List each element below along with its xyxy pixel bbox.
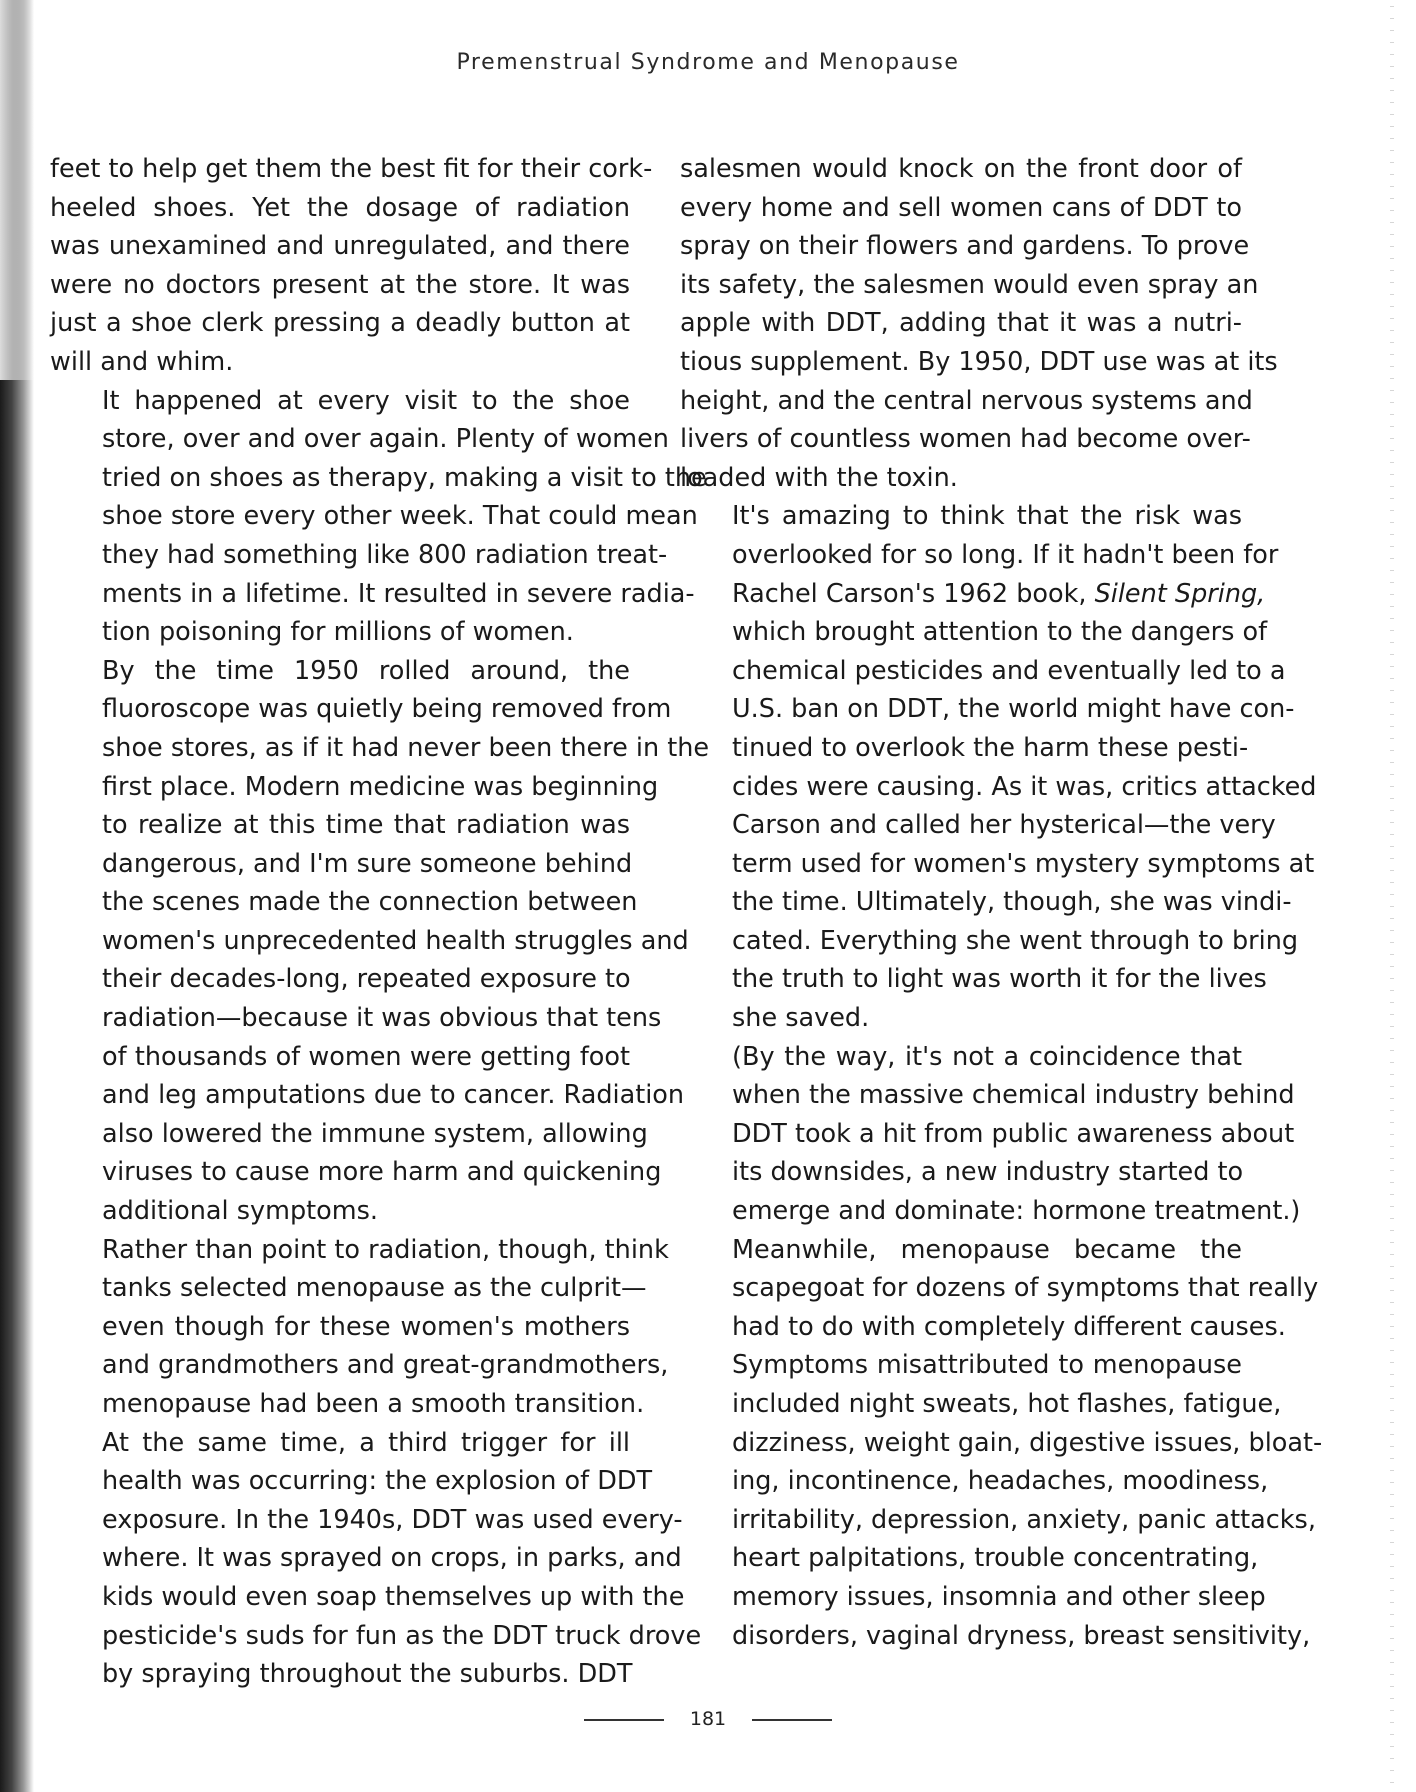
text-line: irritability, depression, anxiety, panic… — [680, 1501, 1242, 1540]
text-line: included night sweats, hot flashes, fati… — [680, 1385, 1242, 1424]
page-number: 181 — [690, 1708, 726, 1730]
text-line: store, over and over again. Plenty of wo… — [50, 420, 630, 459]
text-line: tried on shoes as therapy, making a visi… — [50, 459, 630, 498]
text-line: where. It was sprayed on crops, in parks… — [50, 1539, 630, 1578]
text-line: the truth to light was worth it for the … — [680, 960, 1242, 999]
footer-rule-left — [584, 1719, 664, 1721]
right-column: salesmen would knock on the front door o… — [680, 150, 1242, 1655]
paragraph: It's amazing to think that the risk was … — [680, 497, 1242, 1037]
text-line: will and whim. — [50, 343, 630, 382]
text-line: DDT took a hit from public awareness abo… — [680, 1115, 1242, 1154]
text-line: their decades-long, repeated exposure to — [50, 960, 630, 999]
text-line: tion poisoning for millions of women. — [50, 613, 630, 652]
text-line: menopause had been a smooth transition. — [50, 1385, 630, 1424]
paragraph: feet to help get them the best fit for t… — [50, 150, 630, 382]
text-line: women's unprecedented health struggles a… — [50, 922, 630, 961]
text-line: exposure. In the 1940s, DDT was used eve… — [50, 1501, 630, 1540]
text-line: kids would even soap themselves up with … — [50, 1578, 630, 1617]
text-line: she saved. — [680, 999, 1242, 1038]
text-line: had to do with completely different caus… — [680, 1308, 1242, 1347]
text-line: Meanwhile, menopause became the — [680, 1231, 1242, 1270]
text-line: shoe store every other week. That could … — [50, 497, 630, 536]
text-line: to realize at this time that radiation w… — [50, 806, 630, 845]
text-line: viruses to cause more harm and quickenin… — [50, 1153, 630, 1192]
text-line: disorders, vaginal dryness, breast sensi… — [680, 1617, 1242, 1656]
text-line: spray on their flowers and gardens. To p… — [680, 227, 1242, 266]
text-line: tanks selected menopause as the culprit— — [50, 1269, 630, 1308]
text-line: the time. Ultimately, though, she was vi… — [680, 883, 1242, 922]
text-line: ments in a lifetime. It resulted in seve… — [50, 575, 630, 614]
text-line: was unexamined and unregulated, and ther… — [50, 227, 630, 266]
text-line: dangerous, and I'm sure someone behind — [50, 845, 630, 884]
text-line: emerge and dominate: hormone treatment.) — [680, 1192, 1242, 1231]
text-line: the scenes made the connection between — [50, 883, 630, 922]
text-line: every home and sell women cans of DDT to — [680, 189, 1242, 228]
paragraph: (By the way, it's not a coincidence that… — [680, 1038, 1242, 1231]
paragraph: salesmen would knock on the front door o… — [680, 150, 1242, 497]
text-line: It's amazing to think that the risk was — [680, 497, 1242, 536]
text-line: Carson and called her hysterical—the ver… — [680, 806, 1242, 845]
text-line: memory issues, insomnia and other sleep — [680, 1578, 1242, 1617]
running-head: Premenstrual Syndrome and Menopause — [0, 50, 1416, 75]
text-line: just a shoe clerk pressing a deadly butt… — [50, 304, 630, 343]
text-line: heart palpitations, trouble concentratin… — [680, 1539, 1242, 1578]
text-line: and grandmothers and great-grandmothers, — [50, 1346, 630, 1385]
paragraph: Meanwhile, menopause became the scapegoa… — [680, 1231, 1242, 1656]
text-line: Rachel Carson's 1962 book, Silent Spring… — [680, 575, 1242, 614]
text-line: tinued to overlook the harm these pesti- — [680, 729, 1242, 768]
text-line: its safety, the salesmen would even spra… — [680, 266, 1242, 305]
footer-rule-right — [752, 1719, 832, 1721]
text-line: when the massive chemical industry behin… — [680, 1076, 1242, 1115]
text-line: It happened at every visit to the shoe — [50, 382, 630, 421]
text-line: were no doctors present at the store. It… — [50, 266, 630, 305]
text-line: also lowered the immune system, allowing — [50, 1115, 630, 1154]
text-line: by spraying throughout the suburbs. DDT — [50, 1655, 630, 1694]
text-line: Symptoms misattributed to menopause — [680, 1346, 1242, 1385]
text-line: scapegoat for dozens of symptoms that re… — [680, 1269, 1242, 1308]
text-line: (By the way, it's not a coincidence that — [680, 1038, 1242, 1077]
text-line: which brought attention to the dangers o… — [680, 613, 1242, 652]
text-line: Rather than point to radiation, though, … — [50, 1231, 630, 1270]
text-line: pesticide's suds for fun as the DDT truc… — [50, 1617, 630, 1656]
text-line: livers of countless women had become ove… — [680, 420, 1242, 459]
text-line: height, and the central nervous systems … — [680, 382, 1242, 421]
scan-marks-right-edge — [1390, 0, 1394, 1792]
text-line: U.S. ban on DDT, the world might have co… — [680, 690, 1242, 729]
text-line: salesmen would knock on the front door o… — [680, 150, 1242, 189]
text-line: At the same time, a third trigger for il… — [50, 1424, 630, 1463]
text-line: first place. Modern medicine was beginni… — [50, 768, 630, 807]
text-line: even though for these women's mothers — [50, 1308, 630, 1347]
text-line: cides were causing. As it was, critics a… — [680, 768, 1242, 807]
paragraph: By the time 1950 rolled around, the fluo… — [50, 652, 630, 1231]
text-line: loaded with the toxin. — [680, 459, 1242, 498]
text-line: radiation—because it was obvious that te… — [50, 999, 630, 1038]
text-line: and leg amputations due to cancer. Radia… — [50, 1076, 630, 1115]
text-line: health was occurring: the explosion of D… — [50, 1462, 630, 1501]
text-line: term used for women's mystery symptoms a… — [680, 845, 1242, 884]
book-title: Silent Spring, — [1095, 579, 1266, 609]
text-line: cated. Everything she went through to br… — [680, 922, 1242, 961]
text-line: they had something like 800 radiation tr… — [50, 536, 630, 575]
text-line: By the time 1950 rolled around, the — [50, 652, 630, 691]
text-line: heeled shoes. Yet the dosage of radiatio… — [50, 189, 630, 228]
text-line: chemical pesticides and eventually led t… — [680, 652, 1242, 691]
text-line: ing, incontinence, headaches, moodiness, — [680, 1462, 1242, 1501]
text-fragment: Rachel Carson's 1962 book, — [732, 579, 1095, 609]
text-line: fluoroscope was quietly being removed fr… — [50, 690, 630, 729]
paragraph: It happened at every visit to the shoe s… — [50, 382, 630, 652]
text-line: feet to help get them the best fit for t… — [50, 150, 630, 189]
left-column: feet to help get them the best fit for t… — [50, 150, 630, 1694]
text-line: apple with DDT, adding that it was a nut… — [680, 304, 1242, 343]
page-footer: 181 — [0, 1708, 1416, 1730]
text-line: of thousands of women were getting foot — [50, 1038, 630, 1077]
paragraph: At the same time, a third trigger for il… — [50, 1424, 630, 1694]
paragraph: Rather than point to radiation, though, … — [50, 1231, 630, 1424]
text-line: dizziness, weight gain, digestive issues… — [680, 1424, 1242, 1463]
text-line: tious supplement. By 1950, DDT use was a… — [680, 343, 1242, 382]
text-line: its downsides, a new industry started to — [680, 1153, 1242, 1192]
text-line: shoe stores, as if it had never been the… — [50, 729, 630, 768]
text-line: additional symptoms. — [50, 1192, 630, 1231]
text-line: overlooked for so long. If it hadn't bee… — [680, 536, 1242, 575]
